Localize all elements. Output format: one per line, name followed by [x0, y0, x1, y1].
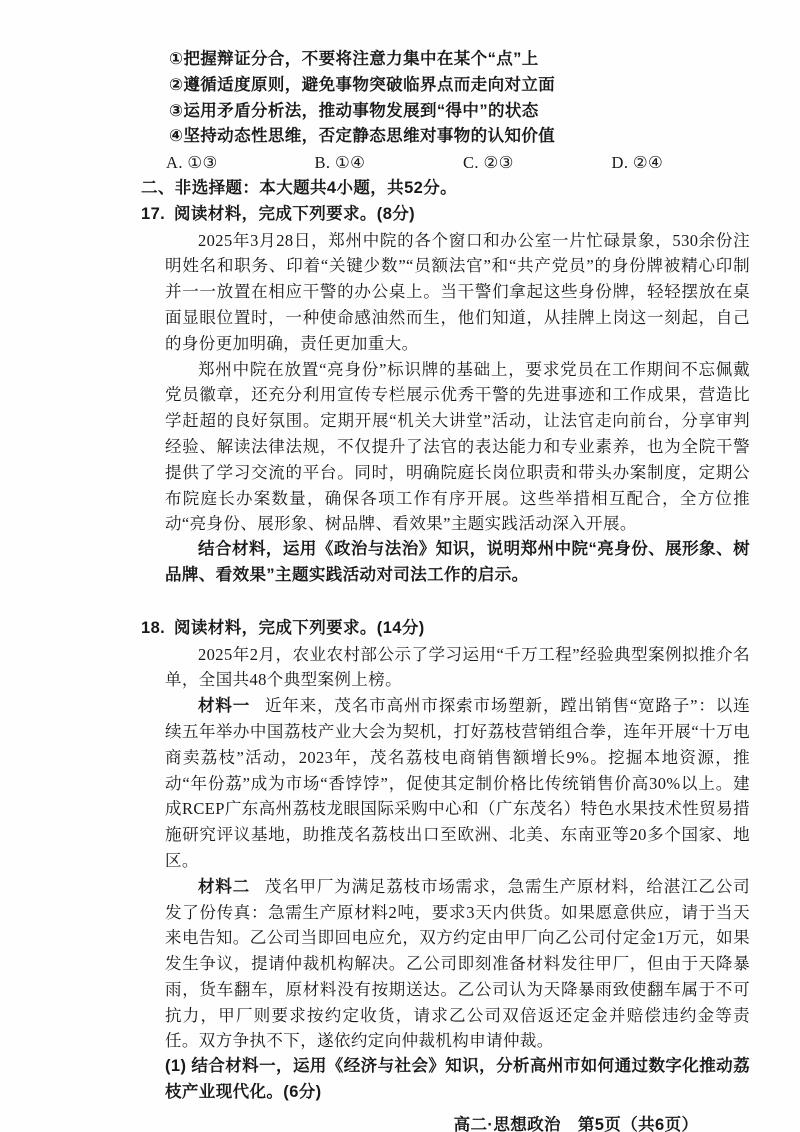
question17-task: 结合材料，运用《政治与法治》知识，说明郑州中院“亮身份、展形象、树品牌、看效果”…: [165, 537, 750, 589]
material1-text: 近年来，茂名市高州市探索市场塑新，蹚出销售“宽路子”：以连续五年举办中国荔枝产业…: [165, 696, 750, 870]
question18-title: 阅读材料，完成下列要求。(14分): [174, 619, 425, 637]
material1-label: 材料一: [198, 696, 250, 715]
question17-title: 阅读材料，完成下列要求。(8分): [174, 205, 415, 223]
material2-text: 茂名甲厂为满足荔枝市场需求，急需生产原材料，给湛江乙公司发了份传真：急需生产原材…: [165, 877, 750, 1051]
statement-2: ②遵循适度原则，避免事物突破临界点而走向对立面: [169, 73, 750, 99]
statement-1: ①把握辩证分合，不要将注意力集中在某个“点”上: [169, 47, 750, 73]
section2-header: 二、非选择题：本大题共4小题，共52分。: [141, 176, 750, 202]
material2-label: 材料二: [198, 877, 250, 896]
question18-number: 18.: [141, 616, 167, 642]
question18-intro: 2025年2月，农业农村部公示了学习运用“千万工程”经验典型案例拟推介名单，全国…: [165, 642, 750, 694]
question17-paragraph-1: 2025年3月28日，郑州中院的各个窗口和办公室一片忙碌景象，530余份注明姓名…: [165, 228, 750, 357]
question16-statements: ①把握辩证分合，不要将注意力集中在某个“点”上 ②遵循适度原则，避免事物突破临界…: [169, 47, 750, 150]
page-footer: 高二·思想政治 第5页（共6页）: [213, 1113, 800, 1132]
choice-b: B. ①④: [315, 150, 464, 176]
question17-stem: 17.阅读材料，完成下列要求。(8分): [141, 202, 750, 228]
choice-a: A. ①③: [166, 150, 315, 176]
page-content: ①把握辩证分合，不要将注意力集中在某个“点”上 ②遵循适度原则，避免事物突破临界…: [0, 0, 800, 1132]
question17-number: 17.: [141, 202, 167, 228]
statement-3: ③运用矛盾分析法，推动事物发展到“得中”的状态: [169, 99, 750, 125]
choice-c: C. ②③: [463, 150, 612, 176]
question17: 17.阅读材料，完成下列要求。(8分) 2025年3月28日，郑州中院的各个窗口…: [141, 202, 750, 589]
exam-page-scan: ①把握辩证分合，不要将注意力集中在某个“点”上 ②遵循适度原则，避免事物突破临界…: [0, 0, 800, 1132]
choice-d: D. ②④: [612, 150, 664, 176]
question18: 18.阅读材料，完成下列要求。(14分) 2025年2月，农业农村部公示了学习运…: [141, 616, 750, 1106]
question18-material-2: 材料二茂名甲厂为满足荔枝市场需求，急需生产原材料，给湛江乙公司发了份传真：急需生…: [165, 874, 750, 1055]
question16-choices: A. ①③B. ①④C. ②③D. ②④: [166, 150, 750, 176]
question18-material-1: 材料一近年来，茂名市高州市探索市场塑新，蹚出销售“宽路子”：以连续五年举办中国荔…: [165, 693, 750, 874]
statement-4: ④坚持动态性思维，否定静态思维对事物的认知价值: [169, 124, 750, 150]
question17-paragraph-2: 郑州中院在放置“亮身份”标识牌的基础上，要求党员在工作期间不忘佩戴党员徽章，还充…: [165, 357, 750, 538]
question18-sub-question-1: (1) 结合材料一，运用《经济与社会》知识，分析高州市如何通过数字化推动荔枝产业…: [165, 1054, 750, 1106]
question18-stem: 18.阅读材料，完成下列要求。(14分): [141, 616, 750, 642]
